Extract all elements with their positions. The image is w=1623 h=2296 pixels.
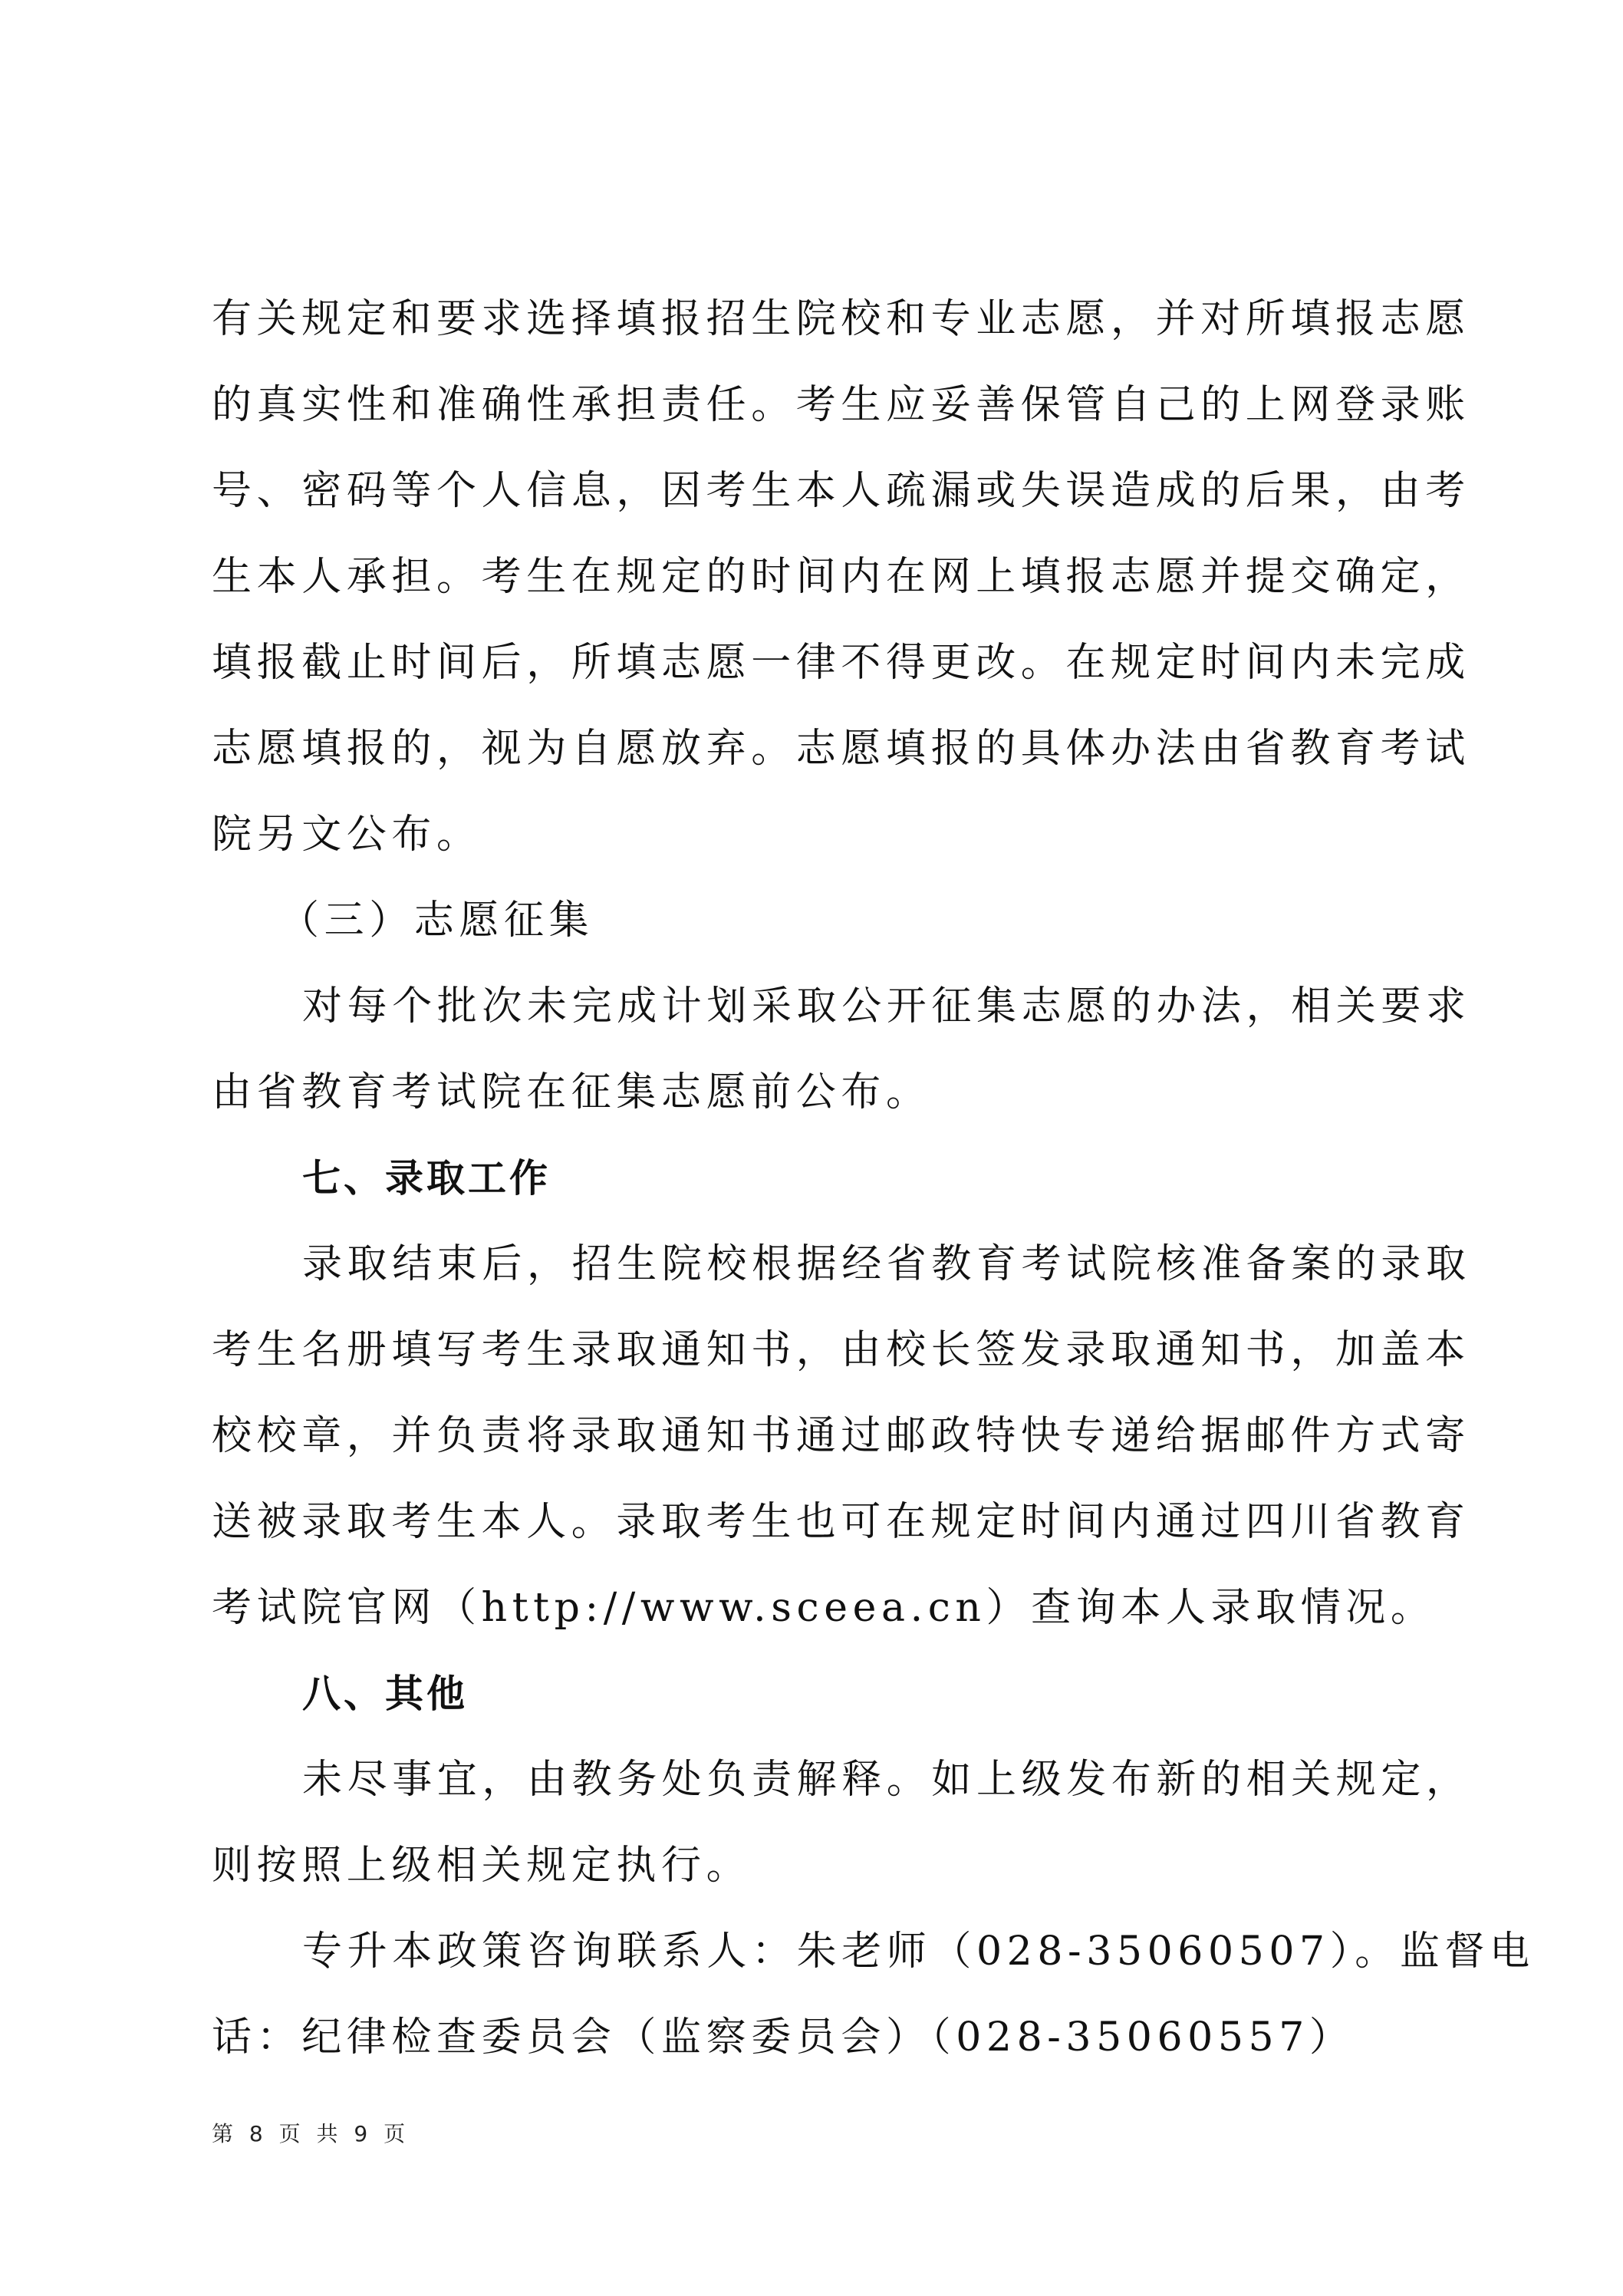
paragraph-admission: 录取结束后，招生院校根据经省教育考试院核准备案的录取 考生名册填写考生录取通知书… (212, 1221, 1439, 1651)
text-line: 有关规定和要求选择填报招生院校和专业志愿，并对所填报志愿 (212, 276, 1439, 362)
text-line: 送被录取考生本人。录取考生也可在规定时间内通过四川省教育 (212, 1479, 1439, 1565)
text-line: 未尽事宜，由教务处负责解释。如上级发布新的相关规定， (212, 1737, 1439, 1823)
text-line: 考生名册填写考生录取通知书，由校长签发录取通知书，加盖本 (212, 1307, 1439, 1393)
subheading-volunteer-collection: （三）志愿征集 (212, 878, 1439, 964)
section-heading-other: 八、其他 (212, 1651, 1439, 1737)
text-line: 专升本政策咨询联系人：朱老师（028-35060507）。监督电 (212, 1909, 1439, 1995)
text-line: 院另文公布。 (212, 792, 1439, 878)
text-line: 对每个批次未完成计划采取公开征集志愿的办法，相关要求 (212, 964, 1439, 1049)
section-heading-admission: 七、录取工作 (212, 1135, 1439, 1221)
text-line: 号、密码等个人信息，因考生本人疏漏或失误造成的后果，由考 (212, 448, 1439, 534)
paragraph-contacts: 专升本政策咨询联系人：朱老师（028-35060507）。监督电 话：纪律检查委… (212, 1909, 1439, 2080)
page-number-footer: 第 8 页 共 9 页 (212, 2117, 407, 2148)
text-line: 校校章，并负责将录取通知书通过邮政特快专递给据邮件方式寄 (212, 1393, 1439, 1479)
paragraph-volunteer-filling-continued: 有关规定和要求选择填报招生院校和专业志愿，并对所填报志愿 的真实性和准确性承担责… (212, 276, 1439, 878)
text-line: 则按照上级相关规定执行。 (212, 1823, 1439, 1909)
text-line: 的真实性和准确性承担责任。考生应妥善保管自己的上网登录账 (212, 362, 1439, 448)
document-page: 有关规定和要求选择填报招生院校和专业志愿，并对所填报志愿 的真实性和准确性承担责… (212, 276, 1439, 2080)
paragraph-volunteer-collection: 对每个批次未完成计划采取公开征集志愿的办法，相关要求 由省教育考试院在征集志愿前… (212, 964, 1439, 1135)
text-line: 话：纪律检查委员会（监察委员会）（028-35060557） (212, 1995, 1439, 2080)
text-line: 填报截止时间后，所填志愿一律不得更改。在规定时间内未完成 (212, 620, 1439, 706)
text-line: 由省教育考试院在征集志愿前公布。 (212, 1049, 1439, 1135)
text-line: 生本人承担。考生在规定的时间内在网上填报志愿并提交确定， (212, 534, 1439, 620)
paragraph-other: 未尽事宜，由教务处负责解释。如上级发布新的相关规定， 则按照上级相关规定执行。 (212, 1737, 1439, 1909)
text-line: 录取结束后，招生院校根据经省教育考试院核准备案的录取 (212, 1221, 1439, 1307)
text-line: 考试院官网（http://www.sceea.cn）查询本人录取情况。 (212, 1565, 1439, 1651)
text-line: 志愿填报的，视为自愿放弃。志愿填报的具体办法由省教育考试 (212, 706, 1439, 792)
